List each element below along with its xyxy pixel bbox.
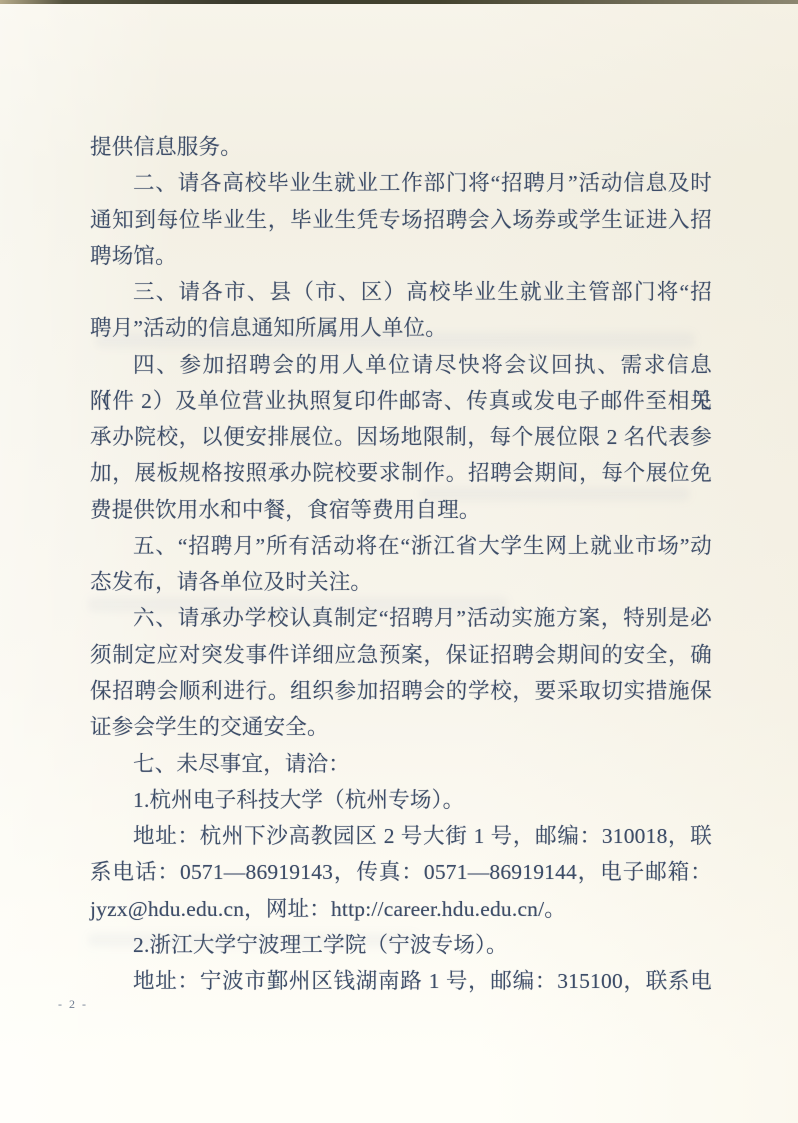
text-line: 通知到每位毕业生，毕业生凭专场招聘会入场券或学生证进入招 [90, 202, 712, 238]
text-line: jyzx@hdu.edu.cn，网址：http://career.hdu.edu… [90, 891, 712, 927]
text-line: 七、未尽事宜，请洽： [90, 746, 712, 782]
text-line: 聘场馆。 [90, 238, 712, 274]
text-line: 加，展板规格按照承办院校要求制作。招聘会期间，每个展位免 [90, 455, 712, 491]
scanned-document-page: 提供信息服务。 二、请各高校毕业生就业工作部门将“招聘月”活动信息及时 通知到每… [0, 0, 798, 1123]
text-line: 提供信息服务。 [90, 129, 712, 165]
text-line: 费提供饮用水和中餐，食宿等费用自理。 [90, 492, 712, 528]
document-body: 提供信息服务。 二、请各高校毕业生就业工作部门将“招聘月”活动信息及时 通知到每… [90, 129, 712, 999]
text-line: 五、“招聘月”所有活动将在“浙江省大学生网上就业市场”动 [90, 528, 712, 564]
text-line: 附件 2）及单位营业执照复印件邮寄、传真或发电子邮件至相关 [90, 383, 712, 419]
text-line: 态发布，请各单位及时关注。 [90, 564, 712, 600]
text-line: 承办院校，以便安排展位。因场地限制，每个展位限 2 名代表参 [90, 419, 712, 455]
text-line: 地址：宁波市鄞州区钱湖南路 1 号，邮编：315100，联系电 [90, 963, 712, 999]
text-line: 六、请承办学校认真制定“招聘月”活动实施方案，特别是必 [90, 600, 712, 636]
text-line: 保招聘会顺利进行。组织参加招聘会的学校，要采取切实措施保 [90, 673, 712, 709]
text-line: 须制定应对突发事件详细应急预案，保证招聘会期间的安全，确 [90, 637, 712, 673]
text-line: 系电话：0571—86919143，传真：0571—86919144，电子邮箱： [90, 854, 712, 890]
text-line: 二、请各高校毕业生就业工作部门将“招聘月”活动信息及时 [90, 165, 712, 201]
text-line: 证参会学生的交通安全。 [90, 709, 712, 745]
text-line: 四、参加招聘会的用人单位请尽快将会议回执、需求信息（见 [90, 347, 712, 383]
page-number: - 2 - [58, 997, 88, 1012]
text-line: 2.浙江大学宁波理工学院（宁波专场）。 [90, 927, 712, 963]
text-line: 地址：杭州下沙高教园区 2 号大街 1 号，邮编：310018，联 [90, 818, 712, 854]
scan-edge-artifact [0, 0, 798, 4]
text-line: 1.杭州电子科技大学（杭州专场）。 [90, 782, 712, 818]
text-line: 三、请各市、县（市、区）高校毕业生就业主管部门将“招 [90, 274, 712, 310]
text-line: 聘月”活动的信息通知所属用人单位。 [90, 310, 712, 346]
